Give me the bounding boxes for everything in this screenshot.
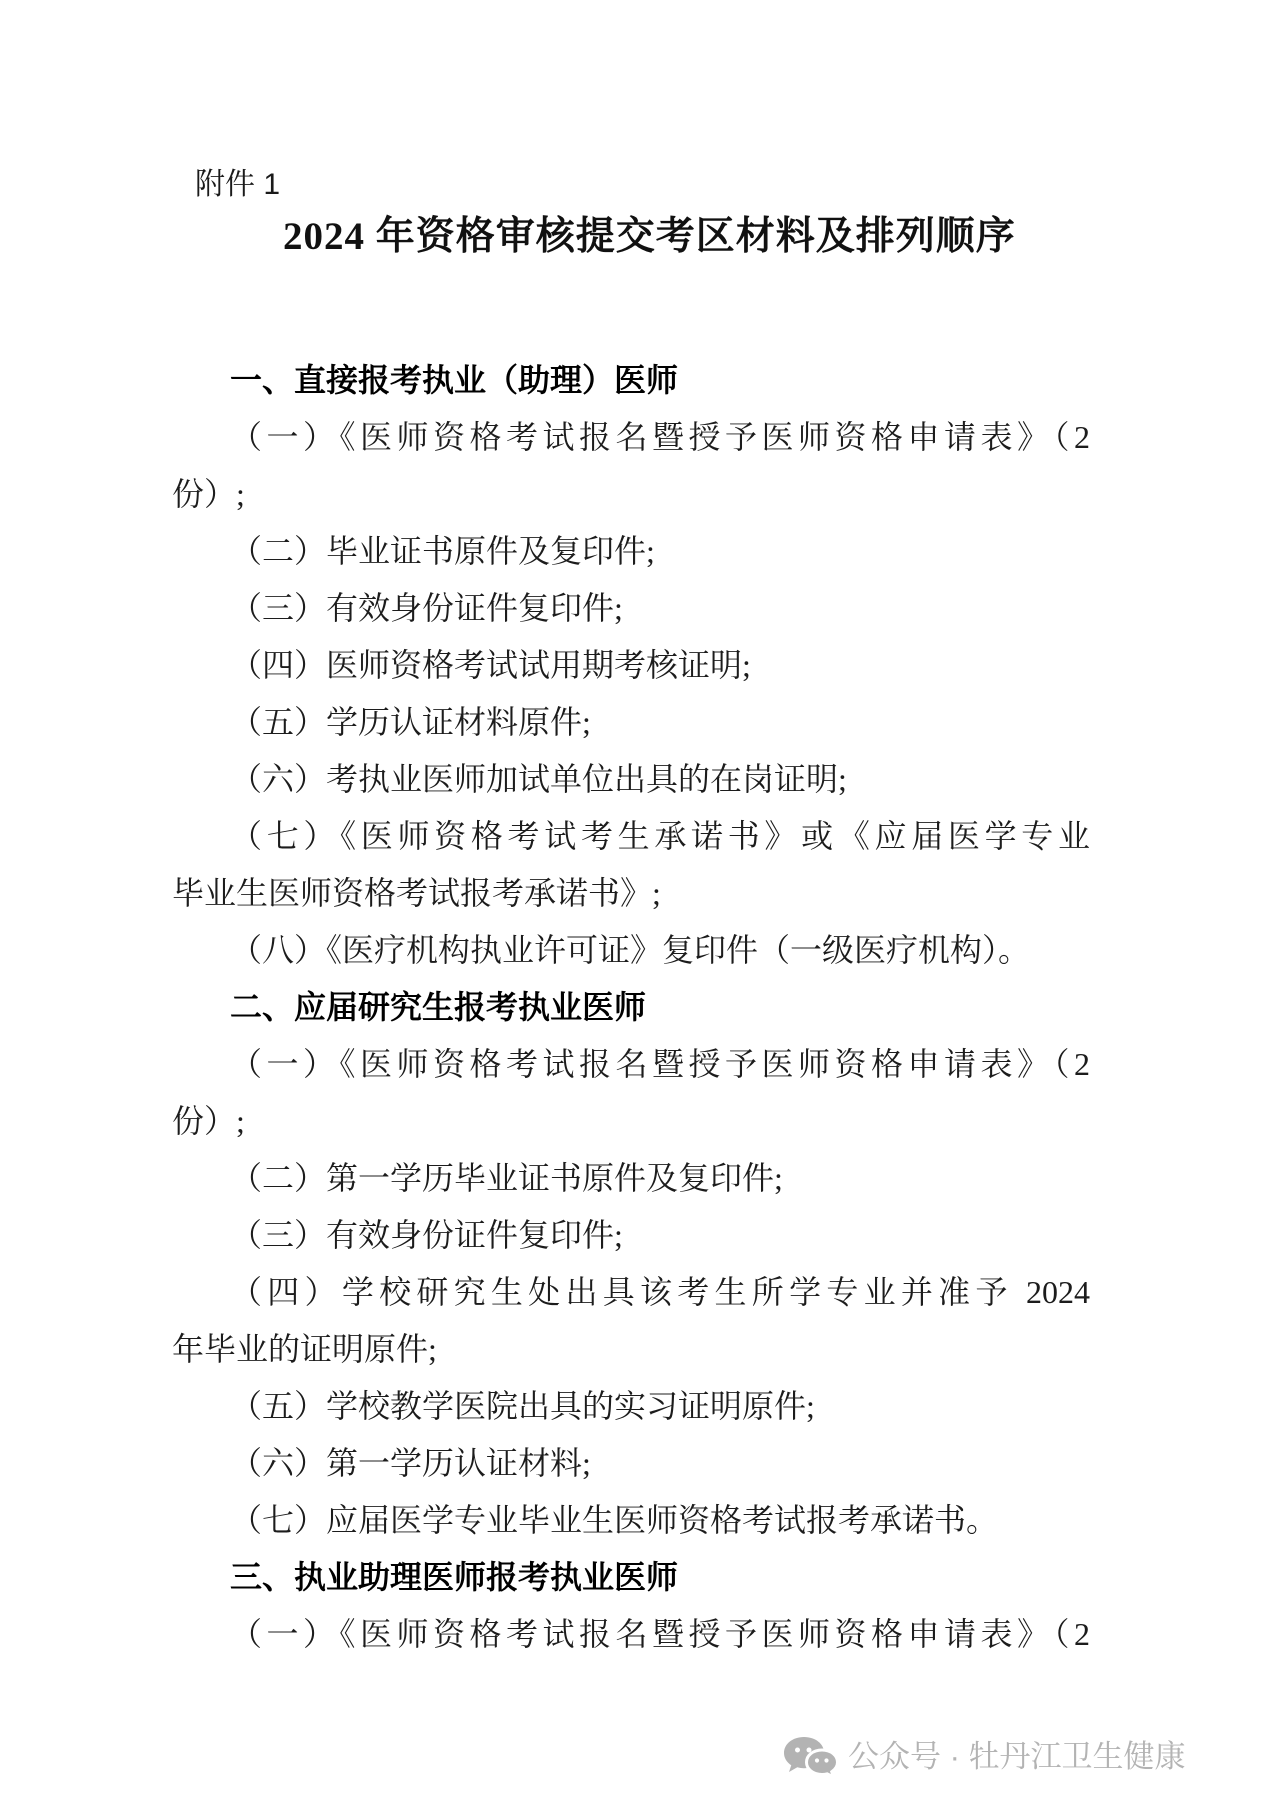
attachment-label: 附件 1 — [195, 168, 280, 202]
document-line: （一）《医师资格考试报名暨授予医师资格申请表》（2 — [172, 1036, 1090, 1093]
wechat-watermark: 公众号 · 牡丹江卫生健康 — [783, 1735, 1186, 1779]
page-title: 2024 年资格审核提交考区材料及排列顺序 — [283, 214, 1016, 260]
document-line: （七）应届医学专业毕业生医师资格考试报考承诺书。 — [172, 1492, 1090, 1549]
document-line: 份）; — [172, 466, 1090, 523]
document-line: （三）有效身份证件复印件; — [172, 1207, 1090, 1264]
document-line: （八）《医疗机构执业许可证》复印件（一级医疗机构）。 — [172, 922, 1090, 979]
section-heading: 二、应届研究生报考执业医师 — [172, 979, 1090, 1036]
document-line: （五）学校教学医院出具的实习证明原件; — [172, 1378, 1090, 1435]
document-line: （二）毕业证书原件及复印件; — [172, 523, 1090, 580]
footer-label: 公众号 · 牡丹江卫生健康 — [848, 1735, 1186, 1779]
document-line: 份）; — [172, 1093, 1090, 1150]
section-heading: 三、执业助理医师报考执业医师 — [172, 1549, 1090, 1606]
document-line: （一）《医师资格考试报名暨授予医师资格申请表》（2 — [172, 409, 1090, 466]
section-heading: 一、直接报考执业（助理）医师 — [172, 352, 1090, 409]
document-line: （三）有效身份证件复印件; — [172, 580, 1090, 637]
wechat-icon — [783, 1735, 839, 1779]
document-line: 年毕业的证明原件; — [172, 1321, 1090, 1378]
document-line: （二）第一学历毕业证书原件及复印件; — [172, 1150, 1090, 1207]
document-line: （四）医师资格考试试用期考核证明; — [172, 637, 1090, 694]
document-body: 一、直接报考执业（助理）医师（一）《医师资格考试报名暨授予医师资格申请表》（2份… — [172, 352, 1090, 1663]
document-line: （七）《医师资格考试考生承诺书》或《应届医学专业 — [172, 808, 1090, 865]
document-line: 毕业生医师资格考试报考承诺书》; — [172, 865, 1090, 922]
document-page: 附件 1 2024 年资格审核提交考区材料及排列顺序 一、直接报考执业（助理）医… — [0, 0, 1280, 1810]
document-line: （四）学校研究生处出具该考生所学专业并准予 2024 — [172, 1264, 1090, 1321]
document-line: （五）学历认证材料原件; — [172, 694, 1090, 751]
document-line: （一）《医师资格考试报名暨授予医师资格申请表》（2 — [172, 1606, 1090, 1663]
document-line: （六）第一学历认证材料; — [172, 1435, 1090, 1492]
document-line: （六）考执业医师加试单位出具的在岗证明; — [172, 751, 1090, 808]
